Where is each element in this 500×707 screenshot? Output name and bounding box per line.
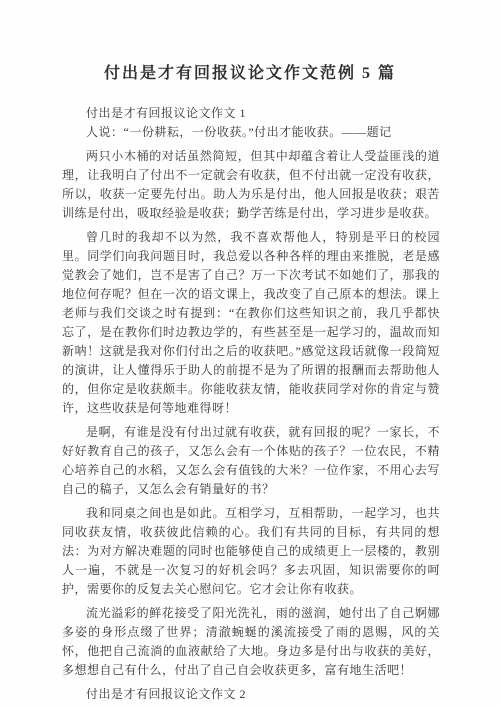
document-body: 付出是才有回报议论文作文 1 人说：“一份耕耘，一份收获。”付出才能收获。——题… xyxy=(62,104,440,704)
document-title: 付出是才有回报议论文作文范例 5 篇 xyxy=(0,0,500,85)
essay-paragraph-2: 曾几时的我却不以为然，我不喜欢帮他人，特别是平日的校园里。同学们向我问题目时，我… xyxy=(62,228,440,418)
document-page: 付出是才有回报议论文作文范例 5 篇 付出是才有回报议论文作文 1 人说：“一份… xyxy=(0,0,500,707)
essay-paragraph-5: 流光溢彩的鲜花接受了阳光洗礼，雨的滋润，她付出了自己婀娜多姿的身形点缀了世界；清… xyxy=(62,604,440,680)
essay-1-heading: 付出是才有回报议论文作文 1 xyxy=(62,104,440,123)
essay-paragraph-4: 我和同桌之间也是如此。互相学习，互相帮助，一起学习，也共同收获友情，收获彼此信赖… xyxy=(62,504,440,599)
essay-2-heading: 付出是才有回报议论文作文 2 xyxy=(62,685,440,704)
epigraph-line: 人说：“一份耕耘，一份收获。”付出才能收获。——题记 xyxy=(62,123,440,142)
essay-paragraph-1: 两只小木桶的对话虽然简短，但其中却蕴含着让人受益匪浅的道理，让我明白了付出不一定… xyxy=(62,147,440,223)
essay-paragraph-3: 是啊，有谁是没有付出过就有收获，就有回报的呢？一家长，不好好教育自己的孩子，又怎… xyxy=(62,423,440,499)
